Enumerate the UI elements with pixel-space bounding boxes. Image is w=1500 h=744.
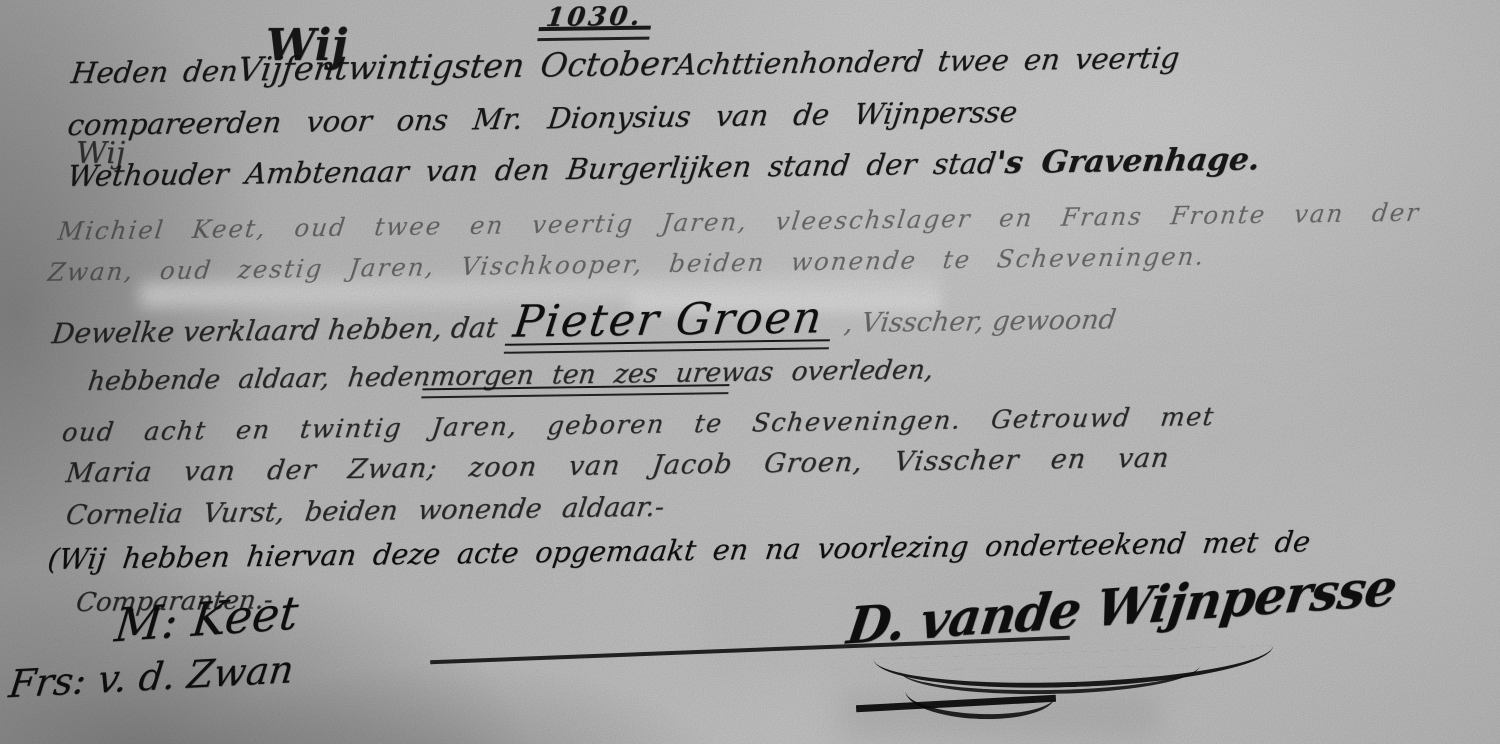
line-registrar-title: Wethouder Ambtenaar van den Burgerlijken… [65,141,1262,194]
shadow-patch-bottom [840,690,1160,740]
line-closing: (Wij hebben hiervan deze acte opgemaakt … [46,525,1312,576]
date-day-month: Vijfentwintigsten October [236,44,679,89]
death-time-prefix: hebbende aldaar, heden [86,361,432,397]
signature-registrar: D. vande Wijnpersse [844,558,1400,656]
act-number-value: 1030. [544,2,644,33]
line-spouse-father: Maria van der Zwan; zoon van Jacob Groen… [64,443,1171,489]
date-year: Achttienhonderd twee en veertig [673,41,1181,82]
line-declarant-2: Zwan, oud zestig Jaren, Vischkooper, bei… [46,242,1207,287]
pen-flourish-stroke [874,645,1275,694]
line-registrar-name: compareerden voor ons Mr. Dionysius van … [66,95,1020,142]
line-opening-date-prefix: Heden den [69,54,240,90]
deceased-name: Pieter Groen [510,292,826,347]
line-declaration: Dewelke verklaard hebben, dat Pieter Gro… [50,288,1121,354]
signature-van-der-zwan: Frs: v. d. Zwan [7,647,297,706]
line-declarant-1: Michiel Keet, oud twee en veertig Jaren,… [56,198,1422,246]
line-mother: Cornelia Vurst, beiden wonende aldaar.- [64,492,666,531]
registrar-title-text: Wethouder Ambtenaar van den Burgerlijken… [66,146,999,193]
city-name: 's Gravenhage. [994,141,1262,181]
line-death-time: hebbende aldaar, heden morgen ten zes ur… [86,354,935,397]
act-number: 1030. [544,2,644,33]
declaration-suffix: , Visscher, gewoond [842,304,1118,339]
declaration-prefix: Dewelke verklaard hebben, dat [50,311,499,350]
pen-flourish-stroke [900,665,1200,696]
death-record-scan: 1030. Wij Wij Heden den Vijfentwintigste… [0,0,1500,744]
pen-flourish-stroke [856,695,1056,712]
line-deceased-details: oud acht en twintig Jaren, geboren te Sc… [60,402,1216,448]
pen-flourish-stroke [905,685,1056,721]
death-time-suffix: was overleden, [719,354,935,388]
death-time-phrase: morgen ten zes ure [428,357,723,392]
line-opening-date: Heden den Vijfentwintigsten October Acht… [69,37,1182,92]
